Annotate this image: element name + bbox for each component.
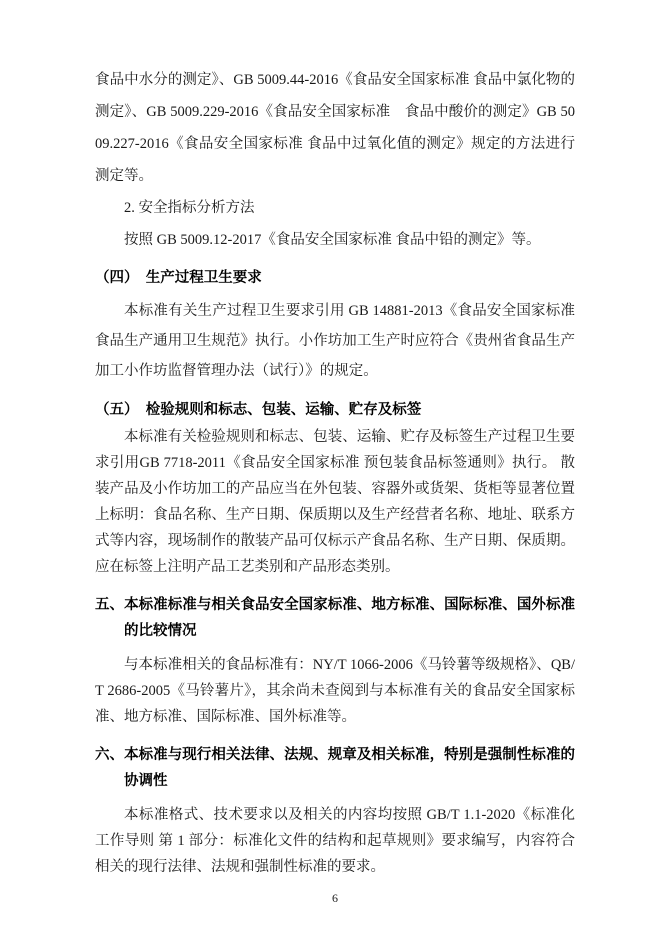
paragraph-continued-from-previous-page: 食品中水分的测定》、GB 5009.44-2016《食品安全国家标准 食品中氯化… [95,64,575,192]
paragraph-format-compliance: 本标准格式、技术要求以及相关的内容均按照 GB/T 1.1-2020《标准化工作… [95,802,575,880]
heading-section-five-standard-comparison: 五、本标准标准与相关食品安全国家标准、地方标准、国际标准、国外标准的比较情况 [95,592,575,644]
heading-section-six-law-coordination: 六、本标准与现行相关法律、法规、规章及相关标准，特别是强制性标准的协调性 [95,742,575,794]
heading-section-4-production-hygiene: （四） 生产过程卫生要求 [95,264,575,292]
page-number: 6 [95,888,575,908]
paragraph-production-hygiene: 本标准有关生产过程卫生要求引用 GB 14881-2013《食品安全国家标准 食… [95,296,575,386]
heading-section-5-inspection-labeling: （五） 检验规则和标志、包装、运输、贮存及标签 [95,396,575,424]
paragraph-lead-determination: 按照 GB 5009.12-2017《食品安全国家标准 食品中铅的测定》等。 [95,224,575,256]
document-page: 食品中水分的测定》、GB 5009.44-2016《食品安全国家标准 食品中氯化… [0,0,662,936]
numbered-item-2-safety-indicator-methods: 2. 安全指标分析方法 [95,192,575,224]
paragraph-inspection-labeling: 本标准有关检验规则和标志、包装、运输、贮存及标签生产过程卫生要求引用GB 771… [95,424,575,580]
paragraph-related-standards: 与本标准相关的食品标准有：NY/T 1066-2006《马铃薯等级规格》、QB/… [95,652,575,730]
